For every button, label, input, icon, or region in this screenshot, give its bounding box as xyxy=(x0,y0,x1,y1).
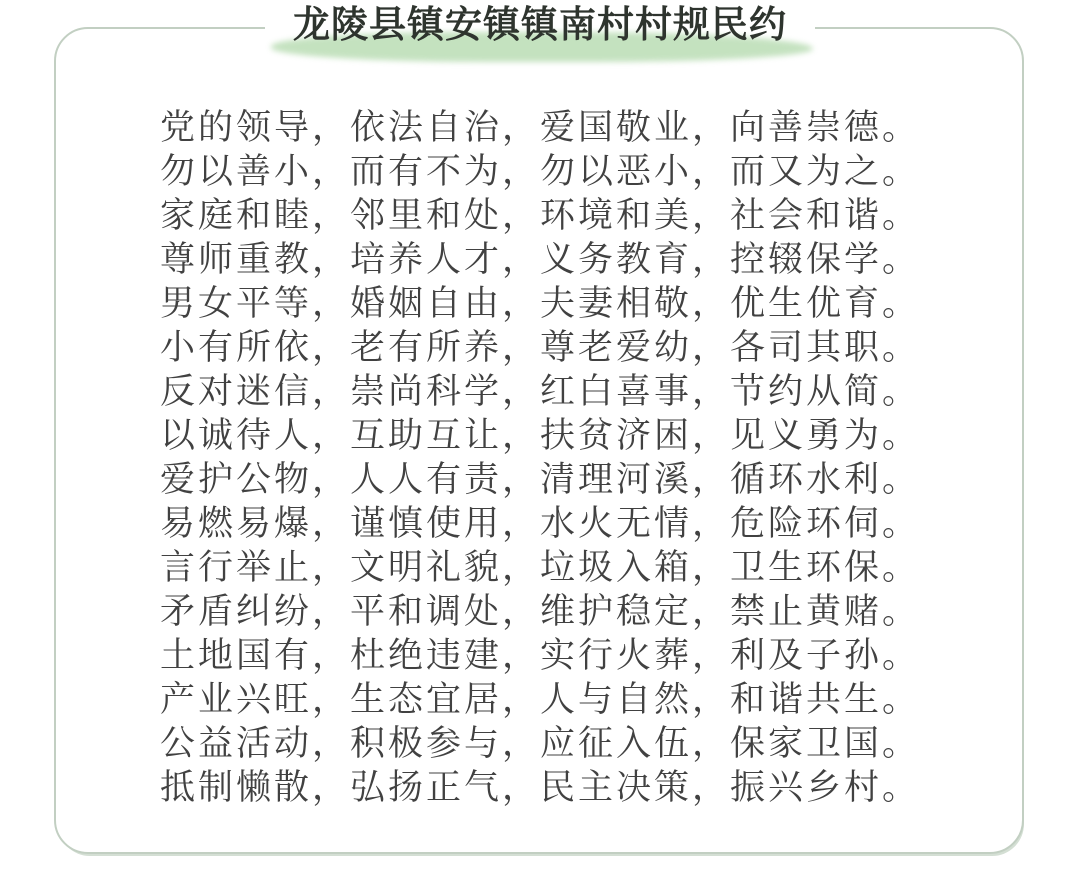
covenant-line: 反对迷信，崇尚科学，红白喜事，节约从简。 xyxy=(0,370,1080,414)
covenant-line: 爱护公物，人人有责，清理河溪，循环水利。 xyxy=(0,458,1080,502)
covenant-line: 公益活动，积极参与，应征入伍，保家卫国。 xyxy=(0,722,1080,766)
covenant-line: 以诚待人，互助互让，扶贫济困，见义勇为。 xyxy=(0,414,1080,458)
covenant-page: 龙陵县镇安镇镇南村村规民约 党的领导，依法自治，爱国敬业，向善崇德。勿以善小，而… xyxy=(0,0,1080,896)
covenant-line: 矛盾纠纷，平和调处，维护稳定，禁止黄赌。 xyxy=(0,590,1080,634)
covenant-line: 言行举止，文明礼貌，垃圾入箱，卫生环保。 xyxy=(0,546,1080,590)
covenant-line: 尊师重教，培养人才，义务教育，控辍保学。 xyxy=(0,238,1080,282)
covenant-line: 勿以善小，而有不为，勿以恶小，而又为之。 xyxy=(0,150,1080,194)
covenant-line: 小有所依，老有所养，尊老爱幼，各司其职。 xyxy=(0,326,1080,370)
covenant-title-block: 龙陵县镇安镇镇南村村规民约 xyxy=(265,2,815,48)
covenant-line: 抵制懒散，弘扬正气，民主决策，振兴乡村。 xyxy=(0,766,1080,810)
page-title: 龙陵县镇安镇镇南村村规民约 xyxy=(293,2,787,48)
covenant-line: 易燃易爆，谨慎使用，水火无情，危险环伺。 xyxy=(0,502,1080,546)
covenant-line: 产业兴旺，生态宜居，人与自然，和谐共生。 xyxy=(0,678,1080,722)
covenant-line: 党的领导，依法自治，爱国敬业，向善崇德。 xyxy=(0,106,1080,150)
covenant-line: 男女平等，婚姻自由，夫妻相敬，优生优育。 xyxy=(0,282,1080,326)
covenant-line: 家庭和睦，邻里和处，环境和美，社会和谐。 xyxy=(0,194,1080,238)
covenant-line: 土地国有，杜绝违建，实行火葬，利及子孙。 xyxy=(0,634,1080,678)
covenant-lines: 党的领导，依法自治，爱国敬业，向善崇德。勿以善小，而有不为，勿以恶小，而又为之。… xyxy=(0,106,1080,810)
